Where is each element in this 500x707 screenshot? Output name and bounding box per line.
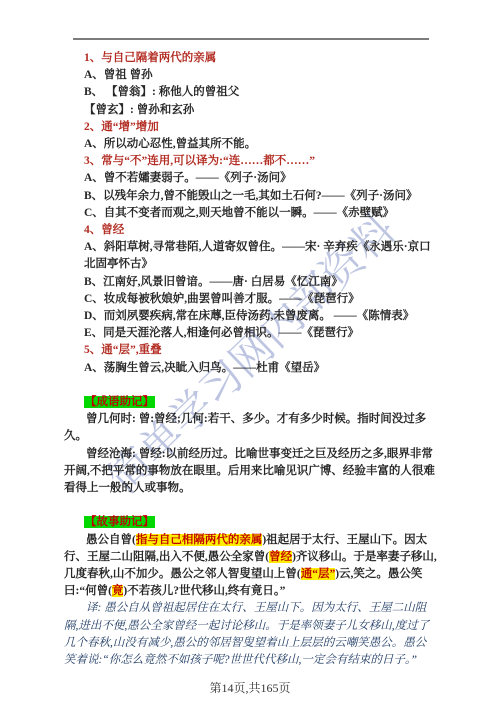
list-item: 【曾玄】: 曾孙和玄孙 (84, 102, 437, 119)
story-header-label: 【故事助记】 (84, 516, 155, 528)
list-item: E、同是天涯沦落人,相逢何必曾相识。——《琵琶行》 (84, 325, 437, 342)
list-item: A、斜阳草树,寻常巷陌,人道寄奴曾住。——宋· 辛弃疾《永遇乐·京口北固亭怀古》 (84, 239, 437, 273)
list-item: A、所以动心忍性,曾益其所不能。 (84, 136, 437, 153)
section-5-title: 5、通“层”,重叠 (84, 342, 437, 359)
list-item: C、妆成每被秋娘妒,曲罢曾叫善才服。——《琵琶行》 (84, 291, 437, 308)
list-item: B、江南好,风景旧曾谙。——唐· 白居易《忆江南》 (84, 274, 437, 291)
section-4-title: 4、曾经 (84, 222, 437, 239)
list-item: C、自其不变者而观之,则天地曾不能以一瞬。——《赤壁赋》 (84, 205, 437, 222)
page-number: 第14页,共165页 (0, 679, 500, 696)
list-item: D、而刘夙婴疾病,常在床蓐,臣侍汤药,未曾废离。 ——《陈情表》 (84, 308, 437, 325)
list-item: A、曾祖 曾孙 (84, 67, 437, 84)
story-section-header: 【故事助记】 (84, 514, 437, 531)
highlighted-gloss: 曾经 (269, 551, 292, 563)
idiom-header-label: 【成语助记】 (84, 396, 155, 408)
idiom-paragraph: 曾几何时: 曾:曾经;几何:若干、多少。才有多少时候。指时间没过多久。 (64, 411, 437, 445)
section-3-title: 3、常与“不”连用,可以译为:“连……都不……” (84, 153, 437, 170)
list-item: A、曾不若孀妻弱子。——《列子·汤问》 (84, 170, 437, 187)
section-2-title: 2、通“增”增加 (84, 119, 437, 136)
highlighted-gloss: 通“层” (301, 568, 336, 580)
section-1-title: 1、与自己隔着两代的亲属 (84, 50, 437, 67)
idiom-paragraph: 曾经沧海: 曾经:以前经历过。比喻世事变迁之巨及经历之多,眼界非常开阔,不把平常… (64, 446, 437, 498)
highlighted-gloss: 指与自己相隔两代的亲属 (136, 534, 263, 546)
list-item: A、荡胸生曾云,决眦入归鸟。——杜甫《望岳》 (84, 360, 437, 377)
document-body: 1、与自己隔着两代的亲属 A、曾祖 曾孙 B、 【曾翁】: 称他人的曾祖父 【曾… (64, 50, 437, 669)
story-paragraph: 愚公自曾(指与自己相隔两代的亲属)祖起居于太行、王屋山下。因太行、王屋二山阻隔,… (64, 532, 437, 601)
highlighted-gloss: 竟 (112, 585, 124, 597)
idiom-section-header: 【成语助记】 (84, 394, 437, 411)
list-item: B、以残年余力,曾不能毁山之一毛,其如土石何?——《列子·汤问》 (84, 188, 437, 205)
story-translation: 译: 愚公自从曾祖起居住在太行、王屋山下。因为太行、王屋二山阻隔,进出不便,愚公… (64, 600, 437, 669)
story-text: 愚公自曾( (86, 534, 136, 546)
header-rule (73, 38, 429, 40)
list-item: B、 【曾翁】: 称他人的曾祖父 (84, 84, 437, 101)
story-text: )不若孩儿?世代移山,终有竟日。” (123, 585, 285, 597)
